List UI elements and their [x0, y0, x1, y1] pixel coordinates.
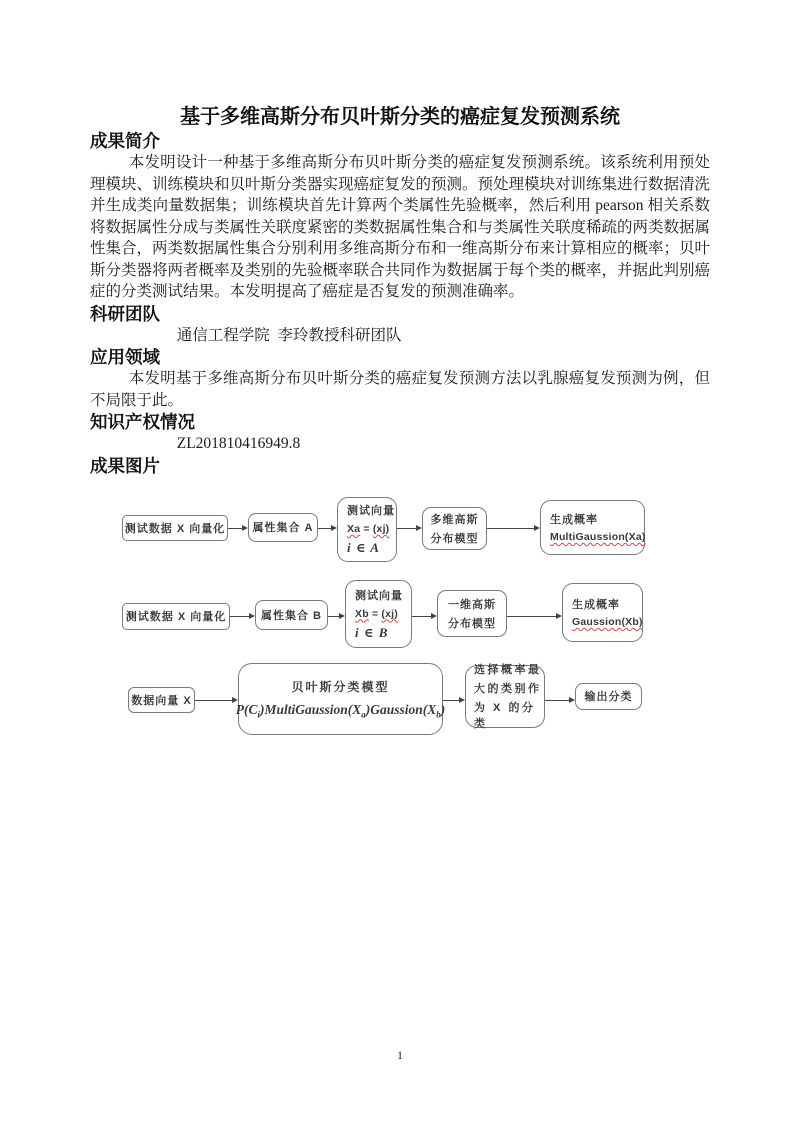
- flowchart-box-multivariate-gaussian-model: 多维高斯 分布模型: [422, 507, 487, 550]
- arrow-right: [545, 700, 569, 701]
- flowchart-box-bayes-classification-model: 贝叶斯分类模型 P(Ci)MultiGaussion(Xa)Gaussion(X…: [238, 663, 443, 735]
- document-content: 基于多维高斯分布贝叶斯分类的癌症复发预测系统 成果简介 本发明设计一种基于多维高…: [90, 104, 710, 765]
- box-label: 生成概率: [572, 596, 620, 612]
- vector-definition: Xb = (xj): [355, 608, 398, 620]
- section-heading-ip-status: 知识产权情况: [90, 411, 710, 433]
- arrow-right: [443, 700, 459, 701]
- box-label: 属性集合 A: [253, 519, 314, 535]
- flowchart-box-test-data-vectorize-b: 测试数据 X 向量化: [122, 603, 230, 630]
- box-label: 一维高斯: [448, 596, 496, 612]
- box-label: 测试向量: [355, 587, 403, 603]
- document-title: 基于多维高斯分布贝叶斯分类的癌症复发预测系统: [90, 104, 710, 130]
- bayes-formula: P(Ci)MultiGaussion(Xa)Gaussion(Xb): [236, 702, 446, 720]
- arrow-right: [228, 528, 242, 529]
- membership-expression: i ∈ B: [355, 625, 388, 641]
- arrow-right: [318, 528, 331, 529]
- box-label: 分布模型: [431, 530, 479, 546]
- arrow-right: [507, 616, 556, 617]
- flowchart-box-data-vector-x: 数据向量 X: [128, 687, 195, 713]
- box-label: 生成概率: [550, 511, 598, 527]
- probability-expression: MultiGaussion(Xa): [550, 531, 646, 543]
- box-label: 属性集合 B: [261, 607, 322, 623]
- box-label: 测试数据 X 向量化: [126, 608, 226, 624]
- flowchart-box-test-vector-xa: 测试向量 Xa = (xj) i ∈ A: [337, 497, 397, 562]
- arrow-right: [230, 616, 249, 617]
- box-label: 输出分类: [585, 688, 633, 704]
- box-title: 贝叶斯分类模型: [291, 678, 389, 695]
- box-label: 分布模型: [448, 615, 496, 631]
- arrow-right: [487, 528, 534, 529]
- achievement-intro-paragraph: 本发明设计一种基于多维高斯分布贝叶斯分类的癌症复发预测系统。该系统利用预处理模块…: [90, 152, 710, 303]
- box-label: 大的类别作: [474, 680, 542, 696]
- flowchart-figure: 测试数据 X 向量化 属性集合 A 测试向量 Xa = (xj) i ∈ A 多…: [90, 485, 710, 765]
- patent-number: ZL201810416949.8: [90, 433, 710, 455]
- flowchart-box-select-max-probability-class: 选择概率最 大的类别作 为 X 的分类: [465, 665, 545, 728]
- membership-expression: i ∈ A: [347, 540, 380, 556]
- arrow-right: [195, 700, 232, 701]
- arrow-right: [328, 616, 339, 617]
- box-label: 数据向量 X: [131, 692, 191, 708]
- arrow-right: [412, 616, 431, 617]
- box-label: 多维高斯: [431, 511, 479, 527]
- probability-expression: Gaussion(Xb): [572, 616, 643, 628]
- section-heading-achievement-intro: 成果简介: [90, 130, 710, 152]
- box-label: 测试数据 X 向量化: [125, 520, 225, 536]
- flowchart-box-test-vector-xb: 测试向量 Xb = (xj) i ∈ B: [345, 580, 412, 648]
- flowchart-box-generate-probability-multigaussion: 生成概率 MultiGaussion(Xa): [540, 500, 645, 555]
- research-team-line: 通信工程学院 李玲教授科研团队: [90, 325, 710, 347]
- section-heading-research-team: 科研团队: [90, 303, 710, 325]
- flowchart-box-generate-probability-gaussion: 生成概率 Gaussion(Xb): [562, 583, 643, 642]
- document-page: 基于多维高斯分布贝叶斯分类的癌症复发预测系统 成果简介 本发明设计一种基于多维高…: [0, 0, 800, 1131]
- box-label: 为 X 的分类: [474, 699, 544, 731]
- arrow-right: [397, 528, 416, 529]
- application-field-paragraph: 本发明基于多维高斯分布贝叶斯分类的癌症复发预测方法以乳腺癌复发预测为例，但不局限…: [90, 368, 710, 411]
- section-heading-result-images: 成果图片: [90, 455, 710, 477]
- section-heading-application-field: 应用领域: [90, 346, 710, 368]
- flowchart-box-univariate-gaussian-model: 一维高斯 分布模型: [437, 590, 507, 637]
- flowchart-box-test-data-vectorize-a: 测试数据 X 向量化: [122, 515, 228, 541]
- box-label: 选择概率最: [474, 661, 542, 677]
- vector-definition: Xa = (xj): [347, 523, 389, 535]
- flowchart-box-attribute-set-a: 属性集合 A: [248, 513, 318, 542]
- flowchart-box-attribute-set-b: 属性集合 B: [255, 600, 328, 630]
- flowchart-box-output-classification: 输出分类: [575, 683, 642, 710]
- page-number: 1: [0, 1048, 800, 1063]
- box-label: 测试向量: [347, 502, 395, 518]
